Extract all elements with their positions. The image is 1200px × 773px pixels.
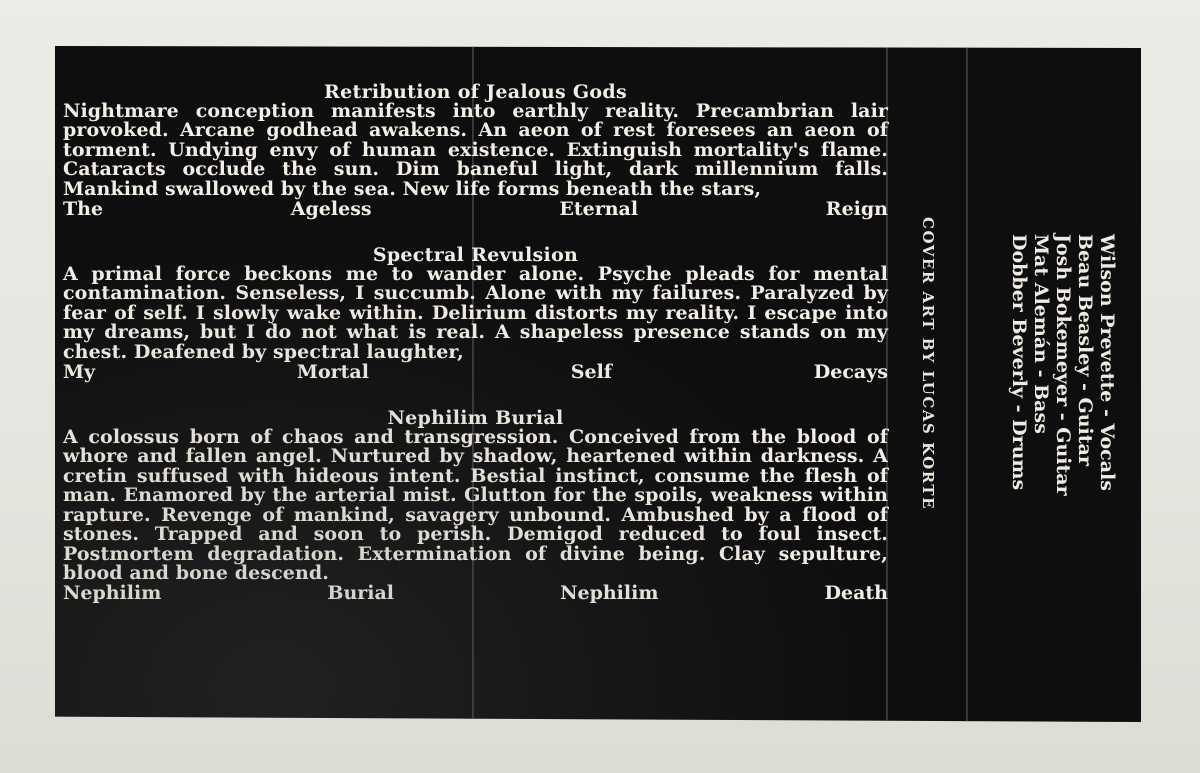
final-word: Self	[571, 362, 612, 382]
credit-line: Mat Alemán - Bass	[1030, 234, 1052, 434]
credit-line: Wilson Prevette - Vocals	[1096, 234, 1118, 491]
song-final-line: The Ageless Eternal Reign	[63, 199, 888, 219]
final-word: My	[63, 362, 95, 382]
song-block: Nephilim Burial A colossus born of chaos…	[63, 408, 888, 603]
song-lyrics: A colossus born of chaos and transgressi…	[63, 428, 888, 583]
final-word: Eternal	[559, 199, 638, 219]
credit-line: Josh Bokemeyer - Guitar	[1052, 234, 1074, 496]
song-final-line: My Mortal Self Decays	[63, 362, 888, 382]
song-title: Nephilim Burial	[63, 408, 888, 428]
song-final-line: Nephilim Burial Nephilim Death	[63, 583, 888, 603]
song-title: Retribution of Jealous Gods	[63, 82, 888, 102]
final-word: Nephilim	[63, 583, 161, 603]
final-word: The	[63, 199, 103, 219]
lyrics-panel: Retribution of Jealous Gods Nightmare co…	[63, 82, 888, 629]
final-word: Death	[825, 583, 888, 603]
credit-line: Dobber Beverly - Drums	[1008, 234, 1030, 490]
final-word: Decays	[814, 362, 888, 382]
final-word: Ageless	[291, 199, 372, 219]
final-word: Burial	[327, 583, 394, 603]
song-lyrics: Nightmare conception manifests into eart…	[63, 102, 888, 199]
song-lyrics: A primal force beckons me to wander alon…	[63, 265, 888, 362]
cover-art-credit: COVER ART BY LUCAS KORTE	[919, 217, 937, 510]
spine-panel: COVER ART BY LUCAS KORTE	[889, 46, 967, 722]
final-word: Reign	[826, 199, 888, 219]
song-block: Spectral Revulsion A primal force beckon…	[63, 245, 888, 382]
final-word: Nephilim	[560, 583, 658, 603]
final-word: Mortal	[297, 362, 369, 382]
song-block: Retribution of Jealous Gods Nightmare co…	[63, 82, 888, 219]
song-title: Spectral Revulsion	[63, 245, 888, 265]
band-credits-panel: Wilson Prevette - Vocals Beau Beasley - …	[983, 46, 1143, 722]
cassette-j-card: Retribution of Jealous Gods Nightmare co…	[55, 46, 1141, 722]
credit-line: Beau Beasley - Guitar	[1074, 234, 1096, 466]
